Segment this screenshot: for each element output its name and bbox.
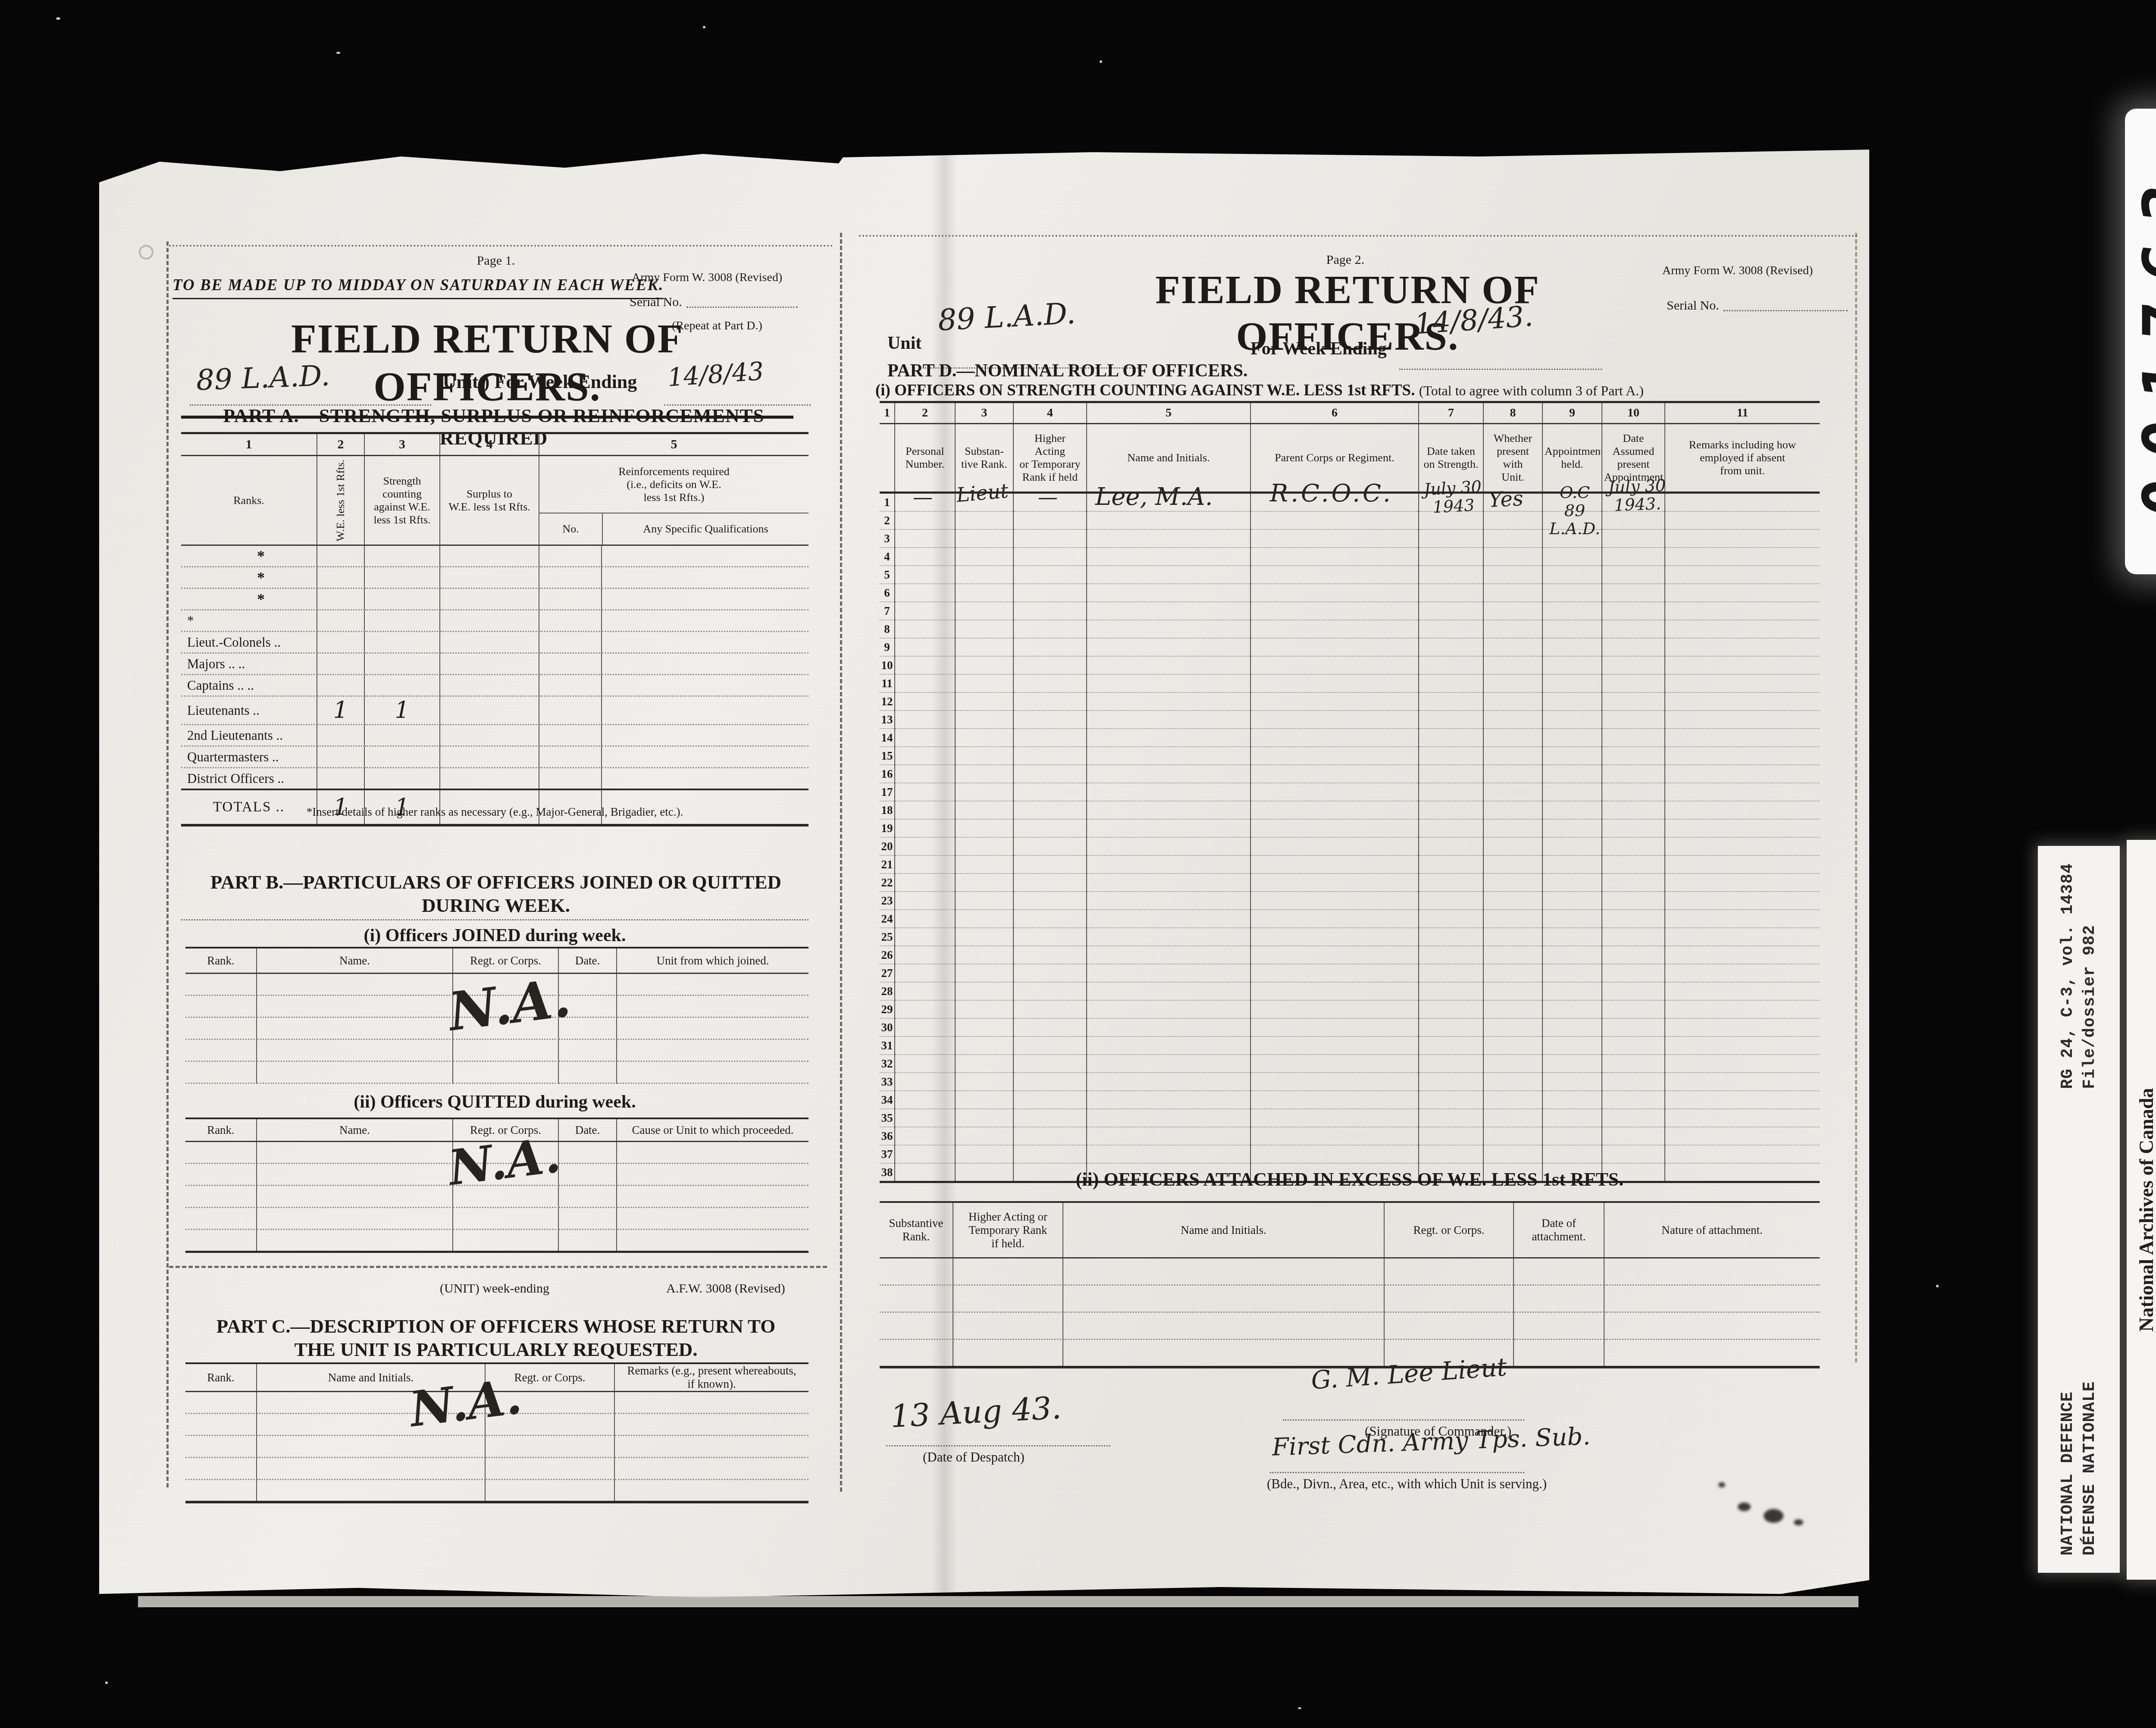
row-number: 18: [880, 801, 895, 819]
empty-cell: [895, 711, 955, 729]
microfilm-scan: Page 1. TO BE MADE UP TO MIDDAY ON SATUR…: [0, 0, 2156, 1728]
page1-footer-form-ref: A.F.W. 3008 (Revised): [666, 1281, 785, 1296]
empty-cell: [1665, 747, 1820, 765]
empty-cell: [1542, 1000, 1602, 1018]
empty-cell: [1542, 674, 1602, 692]
empty-row: [880, 1285, 1820, 1312]
empty-cell: [1013, 801, 1087, 819]
roll-row: 26: [880, 946, 1820, 964]
strength-value: [364, 675, 440, 696]
empty-cell: [1013, 892, 1087, 910]
empty-cell: [1013, 529, 1087, 548]
empty-cell: [1419, 602, 1483, 620]
col-header: Rank.: [185, 948, 257, 974]
attached-column-headers: Substantive Rank. Higher Acting or Tempo…: [880, 1202, 1820, 1258]
roll-row: 2: [880, 511, 1820, 529]
row-number: 6: [880, 584, 895, 602]
row-number: 3: [880, 529, 895, 548]
page1-unit-week-label: (Unit.) For Week Ending: [436, 371, 637, 393]
empty-cell: [1087, 620, 1250, 638]
empty-row: [185, 1480, 808, 1503]
row-number: 35: [880, 1109, 895, 1127]
quitted-na-handwritten: N.A.: [446, 1130, 563, 1194]
empty-cell: [1419, 692, 1483, 711]
empty-cell: [1542, 982, 1602, 1000]
row-number: 5: [880, 566, 895, 584]
empty-cell: [1087, 566, 1250, 584]
roll-row: 7: [880, 602, 1820, 620]
col-header-strength: Strength counting against W.E. less 1st …: [364, 456, 440, 545]
empty-cell: [602, 545, 808, 567]
col-header: Appointment held.: [1542, 424, 1602, 493]
col-num: 3: [364, 433, 440, 456]
we-value: [317, 653, 364, 675]
row-number: 9: [880, 638, 895, 656]
empty-cell: [602, 610, 808, 632]
entry-parent-corps: R.C.O.C.: [1270, 480, 1393, 507]
empty-cell: [1665, 982, 1820, 1000]
page1-serial-label: Serial No.: [630, 295, 682, 310]
empty-cell: [1665, 801, 1820, 819]
col-num: 4: [440, 433, 539, 456]
empty-cell: [1602, 1145, 1665, 1163]
empty-cell: [602, 768, 808, 790]
empty-cell: [1013, 548, 1087, 566]
strength-value: [364, 768, 440, 790]
row-number: 17: [880, 783, 895, 801]
empty-cell: [1542, 1127, 1602, 1145]
entry-higher-rank: —: [1015, 486, 1080, 508]
empty-cell: [1250, 584, 1419, 602]
empty-cell: [1419, 801, 1483, 819]
empty-cell: [955, 638, 1013, 656]
empty-cell: [539, 589, 602, 610]
strength-value: [364, 746, 440, 768]
empty-cell: [1542, 819, 1602, 837]
film-speck: [105, 1681, 108, 1684]
empty-cell: [895, 548, 955, 566]
empty-cell: [895, 783, 955, 801]
col-num: 11: [1665, 402, 1820, 424]
ink-smudge: [1738, 1503, 1751, 1511]
roll-row: 10: [880, 656, 1820, 674]
empty-cell: [1013, 692, 1087, 711]
empty-cell: [1602, 729, 1665, 747]
ink-smudge: [1764, 1509, 1783, 1523]
empty-cell: [1602, 1109, 1665, 1127]
empty-cell: [1602, 982, 1665, 1000]
row-number: 28: [880, 982, 895, 1000]
roll-row: 19: [880, 819, 1820, 837]
empty-cell: [1419, 1000, 1483, 1018]
page1-bottom-cut-line: [169, 1266, 827, 1268]
part-c-na-handwritten: N.A.: [407, 1371, 524, 1435]
empty-cell: [955, 946, 1013, 964]
empty-cell: [1087, 1127, 1250, 1145]
row-number: 25: [880, 928, 895, 946]
col-header: Higher Acting or Temporary Rank if held: [1013, 424, 1087, 493]
empty-cell: [1419, 964, 1483, 982]
empty-cell: [1419, 1145, 1483, 1163]
row-number: 7: [880, 602, 895, 620]
roll-row: 31: [880, 1036, 1820, 1055]
empty-cell: [1013, 837, 1087, 855]
empty-cell: [1602, 1091, 1665, 1109]
empty-cell: [955, 1055, 1013, 1073]
row-number: 34: [880, 1091, 895, 1109]
empty-cell: [1419, 1091, 1483, 1109]
empty-cell: [1542, 1145, 1602, 1163]
empty-cell: [1250, 602, 1419, 620]
page1-week-handwritten: 14/8/43: [667, 358, 765, 391]
empty-cell: [1419, 529, 1483, 548]
empty-cell: [1419, 910, 1483, 928]
empty-cell: [1542, 548, 1602, 566]
empty-cell: [1483, 819, 1542, 837]
empty-cell: [895, 910, 955, 928]
empty-cell: [1250, 692, 1419, 711]
empty-cell: [955, 1000, 1013, 1018]
attached-table: Substantive Rank. Higher Acting or Tempo…: [880, 1201, 1820, 1368]
empty-cell: [1250, 1055, 1419, 1073]
page2-week-dotted-line: [1399, 369, 1602, 370]
empty-cell: [1665, 837, 1820, 855]
empty-cell: [895, 964, 955, 982]
row-number: 36: [880, 1127, 895, 1145]
roll-row: 23: [880, 892, 1820, 910]
empty-cell: [1087, 928, 1250, 946]
empty-cell: [1419, 855, 1483, 873]
empty-cell: [1483, 1000, 1542, 1018]
empty-cell: [539, 768, 602, 790]
empty-cell: [1602, 892, 1665, 910]
empty-cell: [1483, 1091, 1542, 1109]
empty-cell: [1250, 729, 1419, 747]
empty-cell: [1483, 873, 1542, 892]
empty-cell: [1602, 529, 1665, 548]
empty-cell: [955, 765, 1013, 783]
empty-cell: [1483, 892, 1542, 910]
col-num: 8: [1483, 402, 1542, 424]
empty-cell: [895, 819, 955, 837]
empty-cell: [1665, 946, 1820, 964]
roll-column-numbers: 1 2 3 4 5 6 7 8 9 10 11: [880, 402, 1820, 424]
empty-cell: [1665, 964, 1820, 982]
roll-row: 24: [880, 910, 1820, 928]
empty-cell: [1483, 566, 1542, 584]
empty-cell: [1602, 1073, 1665, 1091]
entry-date-assumed: July 30 1943.: [1600, 476, 1675, 515]
empty-cell: [1483, 765, 1542, 783]
empty-cell: [1542, 747, 1602, 765]
despatch-caption: (Date of Despatch): [923, 1449, 1025, 1465]
part-a-footnote: *Insert details of higher ranks as neces…: [181, 805, 808, 819]
empty-cell: [955, 892, 1013, 910]
empty-cell: [1665, 493, 1820, 512]
we-value: [317, 610, 364, 632]
empty-cell: [895, 1073, 955, 1091]
empty-cell: [1087, 656, 1250, 674]
empty-cell: [1542, 729, 1602, 747]
empty-cell: [1013, 747, 1087, 765]
empty-cell: [955, 729, 1013, 747]
empty-cell: [539, 545, 602, 567]
empty-cell: [895, 656, 955, 674]
empty-cell: [1602, 656, 1665, 674]
part-d-heading: PART D.—NOMINAL ROLL OF OFFICERS.: [887, 360, 1248, 381]
empty-cell: [1087, 765, 1250, 783]
empty-cell: [1665, 1127, 1820, 1145]
rank-label: *: [181, 589, 317, 610]
entry-name: Lee, M.A.: [1095, 484, 1213, 510]
we-value: [317, 589, 364, 610]
empty-cell: [602, 653, 808, 675]
serial-dotted-line: [1724, 310, 1848, 311]
empty-row: [185, 1061, 808, 1083]
empty-cell: [1602, 747, 1665, 765]
empty-cell: [895, 873, 955, 892]
empty-cell: [955, 584, 1013, 602]
empty-cell: [1665, 529, 1820, 548]
we-value: [317, 746, 364, 768]
empty-cell: [1013, 729, 1087, 747]
empty-cell: [1602, 1055, 1665, 1073]
empty-cell: [1665, 674, 1820, 692]
empty-cell: [1419, 747, 1483, 765]
strength-value: [364, 545, 440, 567]
part-b-dotted-rule: [181, 919, 808, 920]
col-header-qualifications: Any Specific Qualifications: [603, 523, 808, 535]
empty-cell: [1087, 1036, 1250, 1055]
empty-cell: [1542, 946, 1602, 964]
empty-cell: [955, 1036, 1013, 1055]
empty-cell: [895, 674, 955, 692]
empty-cell: [1483, 692, 1542, 711]
serving-dotted-line: [1270, 1472, 1524, 1473]
empty-cell: [1483, 1073, 1542, 1091]
page1-number: Page 1.: [444, 254, 548, 268]
empty-cell: [955, 964, 1013, 982]
empty-cell: [1665, 692, 1820, 711]
empty-cell: [895, 946, 955, 964]
col-header: Substantive Rank.: [880, 1202, 953, 1258]
page2-army-form-ref: Army Form W. 3008 (Revised): [1662, 264, 1813, 278]
empty-cell: [1542, 692, 1602, 711]
empty-cell: [602, 746, 808, 768]
empty-cell: [1087, 1018, 1250, 1036]
empty-cell: [1087, 892, 1250, 910]
serving-caption: (Bde., Divn., Area, etc., with which Uni…: [1267, 1476, 1547, 1492]
col-header: Nature of attachment.: [1604, 1202, 1820, 1258]
empty-cell: [539, 675, 602, 696]
row-number: 12: [880, 692, 895, 711]
paper-under-edge: [138, 1596, 1858, 1607]
empty-cell: [1602, 855, 1665, 873]
empty-cell: [1483, 910, 1542, 928]
joined-na-handwritten: N.A.: [445, 970, 573, 1039]
empty-cell: [1013, 566, 1087, 584]
empty-cell: [1087, 729, 1250, 747]
empty-cell: [602, 632, 808, 653]
rank-label: District Officers ..: [181, 768, 317, 790]
row-number: 26: [880, 946, 895, 964]
col-header: Date of attachment.: [1514, 1202, 1604, 1258]
empty-cell: [1602, 819, 1665, 837]
empty-cell: [1250, 928, 1419, 946]
empty-cell: [1419, 837, 1483, 855]
empty-cell: [539, 746, 602, 768]
rank-label: Lieutenants ..: [181, 696, 317, 725]
empty-row: [185, 1230, 808, 1252]
page2-right-cut-line: [1855, 233, 1857, 1362]
page2-week-handwritten: 14/8/43.: [1413, 301, 1534, 339]
empty-cell: [1542, 783, 1602, 801]
empty-cell: [895, 765, 955, 783]
roll-row: 28: [880, 982, 1820, 1000]
empty-cell: [955, 1073, 1013, 1091]
empty-row: [880, 1312, 1820, 1340]
empty-cell: [955, 1145, 1013, 1163]
archives-label-rotated: National Archives of Canada Archives nat…: [2127, 840, 2156, 1580]
roll-row: 27: [880, 964, 1820, 982]
empty-cell: [1602, 1127, 1665, 1145]
empty-cell: [1250, 566, 1419, 584]
empty-cell: [1250, 783, 1419, 801]
part-a-row: District Officers ..: [181, 768, 808, 790]
row-number: 37: [880, 1145, 895, 1163]
empty-cell: [895, 729, 955, 747]
empty-cell: [539, 567, 602, 589]
row-number: 24: [880, 910, 895, 928]
page2-top-dotted-line: [859, 235, 1858, 237]
empty-cell: [1542, 855, 1602, 873]
empty-cell: [1602, 783, 1665, 801]
empty-cell: [1419, 1036, 1483, 1055]
film-speck: [1100, 60, 1102, 63]
col-num: 2: [895, 402, 955, 424]
rank-label: Captains .. ..: [181, 675, 317, 696]
page2-unit-label: Unit: [887, 333, 921, 354]
empty-cell: [1602, 910, 1665, 928]
col-header-surplus: Surplus to W.E. less 1st Rfts.: [440, 456, 539, 545]
empty-cell: [1013, 656, 1087, 674]
empty-cell: [1665, 1109, 1820, 1127]
col-header: Whether present with Unit.: [1483, 424, 1542, 493]
part-a-row: *: [181, 589, 808, 610]
defence-archive-label-strip: NATIONAL DEFENCE DÉFENSE NATIONALE RG 24…: [2038, 846, 2120, 1573]
empty-cell: [955, 855, 1013, 873]
microfilm-frame-number-strip: 001763: [2125, 109, 2156, 574]
empty-cell: [1602, 584, 1665, 602]
empty-cell: [440, 545, 539, 567]
empty-cell: [1542, 801, 1602, 819]
rank-label: Quartermasters ..: [181, 746, 317, 768]
col-header: Higher Acting or Temporary Rank if held.: [953, 1202, 1063, 1258]
empty-cell: [1250, 819, 1419, 837]
empty-cell: [1542, 1055, 1602, 1073]
empty-cell: [1665, 783, 1820, 801]
roll-row: 35: [880, 1109, 1820, 1127]
empty-cell: [1013, 511, 1087, 529]
empty-cell: [440, 567, 539, 589]
empty-cell: [440, 725, 539, 746]
rank-label: *: [181, 610, 317, 632]
empty-cell: [1665, 711, 1820, 729]
roll-row: 21: [880, 855, 1820, 873]
empty-cell: [955, 692, 1013, 711]
empty-cell: [440, 632, 539, 653]
reinforcements-subheader: No. Any Specific Qualifications: [539, 513, 808, 545]
empty-cell: [1419, 928, 1483, 946]
empty-cell: [1087, 801, 1250, 819]
part-a-column-numbers: 1 2 3 4 5: [181, 433, 808, 456]
empty-cell: [1665, 620, 1820, 638]
film-speck: [1936, 1285, 1939, 1287]
we-value: [317, 768, 364, 790]
empty-cell: [1419, 548, 1483, 566]
center-cut-line: [840, 233, 842, 1492]
empty-cell: [955, 620, 1013, 638]
empty-cell: [1087, 529, 1250, 548]
punch-hole: [139, 245, 154, 260]
col-header: Remarks including how employed if absent…: [1665, 424, 1820, 493]
col-header: Remarks (e.g., present whereabouts, if k…: [614, 1363, 808, 1392]
roll-row: 16: [880, 765, 1820, 783]
roll-row: 32: [880, 1055, 1820, 1073]
empty-cell: [1602, 674, 1665, 692]
page1-madeup-text: TO BE MADE UP TO MIDDAY ON SATURDAY IN E…: [172, 276, 664, 299]
row-number: 16: [880, 765, 895, 783]
col-num: 10: [1602, 402, 1665, 424]
col-header: Date.: [558, 1118, 617, 1142]
empty-cell: [1087, 638, 1250, 656]
strength-value: [364, 632, 440, 653]
empty-cell: [1483, 729, 1542, 747]
empty-cell: [1542, 873, 1602, 892]
empty-cell: [1419, 1055, 1483, 1073]
col-header: Name.: [257, 1118, 453, 1142]
empty-cell: [539, 610, 602, 632]
empty-cell: [1483, 855, 1542, 873]
col-header: Regt. or Corps.: [1384, 1202, 1514, 1258]
officers-joined-subheading: (i) Officers JOINED during week.: [181, 925, 808, 946]
part-a-row: *: [181, 545, 808, 567]
empty-cell: [895, 529, 955, 548]
empty-cell: [1419, 873, 1483, 892]
strength-value: [364, 589, 440, 610]
part-c-heading-line2: THE UNIT IS PARTICULARLY REQUESTED.: [172, 1338, 819, 1361]
empty-row: [185, 1458, 808, 1480]
empty-cell: [1087, 1000, 1250, 1018]
empty-cell: [1665, 1055, 1820, 1073]
empty-cell: [1483, 1036, 1542, 1055]
empty-cell: [1250, 1091, 1419, 1109]
strength-value: [364, 610, 440, 632]
row-number: 32: [880, 1055, 895, 1073]
empty-cell: [602, 696, 808, 725]
col-num: 2: [317, 433, 364, 456]
empty-cell: [1250, 548, 1419, 566]
empty-cell: [1087, 873, 1250, 892]
empty-cell: [895, 584, 955, 602]
roll-row: 33: [880, 1073, 1820, 1091]
empty-cell: [1542, 1091, 1602, 1109]
col-num: 5: [1087, 402, 1250, 424]
empty-cell: [1013, 928, 1087, 946]
part-a-row: Quartermasters ..: [181, 746, 808, 768]
part-a-column-headers: Ranks. W.E. less 1st Rfts. Strength coun…: [181, 456, 808, 545]
empty-cell: [1602, 566, 1665, 584]
